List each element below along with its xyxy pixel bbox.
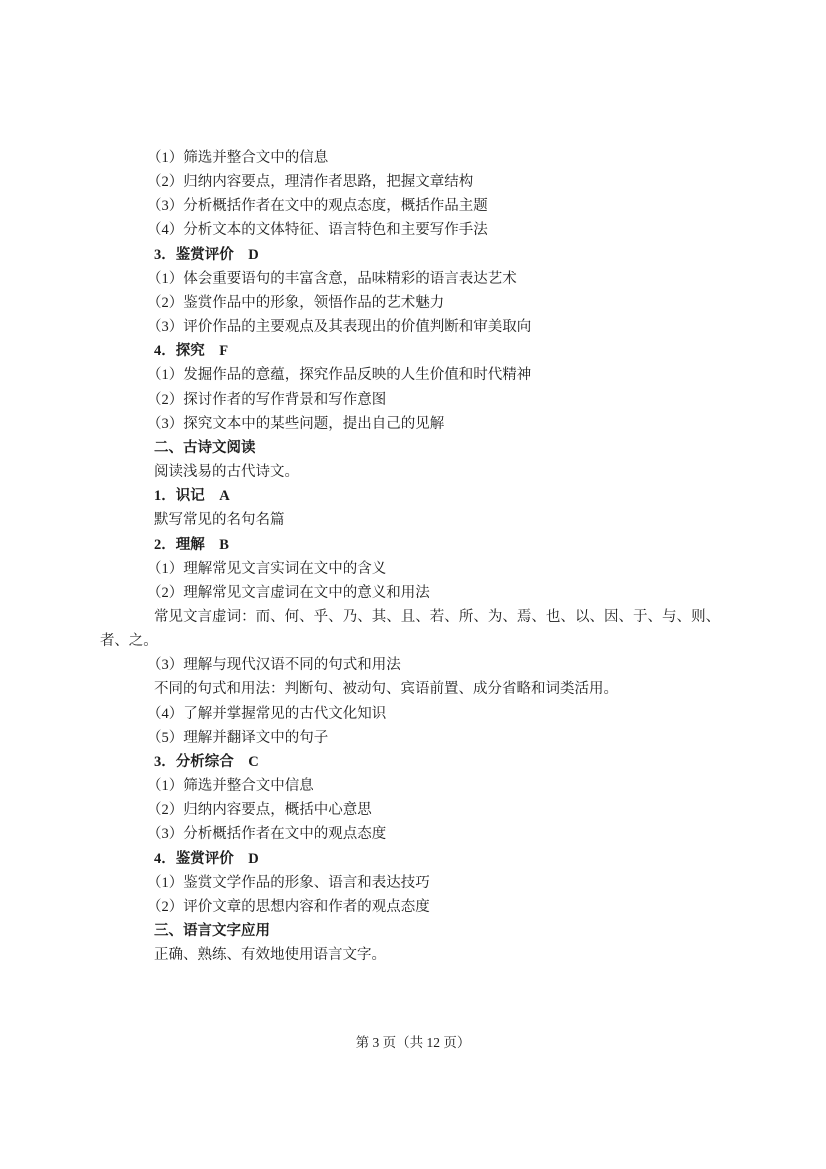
document-body: （1）筛选并整合文中的信息（2）归纳内容要点，理清作者思路，把握文章结构（3）分… <box>100 146 720 967</box>
section-heading: 1．识记 A <box>100 484 720 508</box>
paragraph: （1）筛选并整合文中信息 <box>100 774 720 798</box>
paragraph: （1）鉴赏文学作品的形象、语言和表达技巧 <box>100 871 720 895</box>
section-heading: 4．探究 F <box>100 339 720 363</box>
section-heading: 2．理解 B <box>100 533 720 557</box>
section-heading: 3．鉴赏评价 D <box>100 243 720 267</box>
document-page: （1）筛选并整合文中的信息（2）归纳内容要点，理清作者思路，把握文章结构（3）分… <box>0 0 826 1169</box>
paragraph: （4）分析文本的文体特征、语言特色和主要写作手法 <box>100 218 720 242</box>
paragraph: 不同的句式和用法：判断句、被动句、宾语前置、成分省略和词类活用。 <box>100 677 720 701</box>
paragraph: （3）理解与现代汉语不同的句式和用法 <box>100 653 720 677</box>
paragraph: （3）评价作品的主要观点及其表现出的价值判断和审美取向 <box>100 315 720 339</box>
paragraph: （2）归纳内容要点，概括中心意思 <box>100 798 720 822</box>
paragraph: （1）发掘作品的意蕴，探究作品反映的人生价值和时代精神 <box>100 363 720 387</box>
paragraph: 常见文言虚词：而、何、乎、乃、其、且、若、所、为、焉、也、以、因、于、与、则、者… <box>100 605 720 653</box>
section-heading: 3．分析综合 C <box>100 750 720 774</box>
paragraph: （2）归纳内容要点，理清作者思路，把握文章结构 <box>100 170 720 194</box>
paragraph: （2）鉴赏作品中的形象，领悟作品的艺术魅力 <box>100 291 720 315</box>
paragraph: （2）理解常见文言虚词在文中的意义和用法 <box>100 581 720 605</box>
page-number-footer: 第 3 页（共 12 页） <box>0 1031 826 1051</box>
paragraph: （5）理解并翻译文中的句子 <box>100 726 720 750</box>
paragraph: 默写常见的名句名篇 <box>100 508 720 532</box>
paragraph: （1）体会重要语句的丰富含意，品味精彩的语言表达艺术 <box>100 267 720 291</box>
paragraph: （2）评价文章的思想内容和作者的观点态度 <box>100 895 720 919</box>
paragraph: 阅读浅易的古代诗文。 <box>100 460 720 484</box>
section-heading: 二、古诗文阅读 <box>100 436 720 460</box>
paragraph: （4）了解并掌握常见的古代文化知识 <box>100 702 720 726</box>
paragraph: （3）分析概括作者在文中的观点态度，概括作品主题 <box>100 194 720 218</box>
paragraph: （3）探究文本中的某些问题，提出自己的见解 <box>100 412 720 436</box>
paragraph: （1）理解常见文言实词在文中的含义 <box>100 557 720 581</box>
paragraph: （3）分析概括作者在文中的观点态度 <box>100 822 720 846</box>
paragraph: （2）探讨作者的写作背景和写作意图 <box>100 388 720 412</box>
paragraph: （1）筛选并整合文中的信息 <box>100 146 720 170</box>
paragraph: 正确、熟练、有效地使用语言文字。 <box>100 943 720 967</box>
section-heading: 三、语言文字应用 <box>100 919 720 943</box>
section-heading: 4．鉴赏评价 D <box>100 847 720 871</box>
